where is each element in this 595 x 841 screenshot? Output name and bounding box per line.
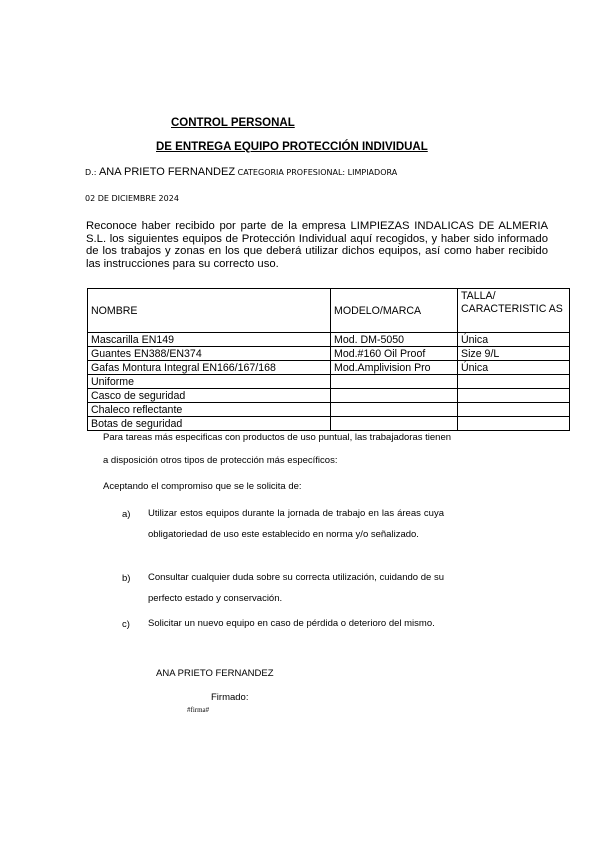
table-row: Botas de seguridad bbox=[88, 417, 570, 431]
cell-talla bbox=[458, 389, 570, 403]
cell-modelo: Mod. DM-5050 bbox=[331, 333, 458, 347]
document-date: 02 DE DICIEMBRE 2024 bbox=[85, 194, 179, 203]
employee-prefix: D.: bbox=[85, 168, 96, 177]
specific-protection-line2: a disposición otros tipos de protección … bbox=[103, 455, 337, 466]
cell-nombre: Uniforme bbox=[88, 375, 331, 389]
table-row: Casco de seguridad bbox=[88, 389, 570, 403]
commitment-a-letter: a) bbox=[122, 509, 130, 520]
cell-modelo bbox=[331, 375, 458, 389]
equipment-table: NOMBRE MODELO/MARCA TALLA/ CARACTERISTIC… bbox=[87, 288, 570, 431]
cell-talla: Única bbox=[458, 361, 570, 375]
commitment-b-letter: b) bbox=[122, 573, 130, 584]
table-row: Uniforme bbox=[88, 375, 570, 389]
specific-protection-line1: Para tareas más especificas con producto… bbox=[103, 432, 451, 443]
table-row: Chaleco reflectante bbox=[88, 403, 570, 417]
cell-modelo: Mod.#160 Oil Proof bbox=[331, 347, 458, 361]
category-value: LIMPIADORA bbox=[348, 168, 398, 177]
cell-nombre: Guantes EN388/EN374 bbox=[88, 347, 331, 361]
commitment-a-text: Utilizar estos equipos durante la jornad… bbox=[148, 504, 444, 545]
cell-nombre: Botas de seguridad bbox=[88, 417, 331, 431]
cell-modelo bbox=[331, 403, 458, 417]
cell-modelo bbox=[331, 389, 458, 403]
commitment-c-letter: c) bbox=[122, 619, 130, 630]
header-talla: TALLA/ CARACTERISTIC AS bbox=[458, 289, 570, 333]
cell-nombre: Chaleco reflectante bbox=[88, 403, 331, 417]
cell-talla bbox=[458, 417, 570, 431]
table-row: Mascarilla EN149 Mod. DM-5050 Única bbox=[88, 333, 570, 347]
document-title: CONTROL PERSONAL bbox=[171, 117, 295, 129]
cell-nombre: Casco de seguridad bbox=[88, 389, 331, 403]
signatory-name: ANA PRIETO FERNANDEZ bbox=[156, 668, 274, 679]
commitment-b-text: Consultar cualquier duda sobre su correc… bbox=[148, 568, 444, 609]
intro-paragraph: Reconoce haber recibido por parte de la … bbox=[86, 220, 548, 270]
cell-talla: Size 9/L bbox=[458, 347, 570, 361]
commitment-intro: Aceptando el compromiso que se le solici… bbox=[103, 481, 302, 492]
signature-placeholder: #firma# bbox=[187, 706, 209, 714]
header-nombre: NOMBRE bbox=[88, 289, 331, 333]
cell-modelo: Mod.Amplivision Pro bbox=[331, 361, 458, 375]
cell-nombre: Gafas Montura Integral EN166/167/168 bbox=[88, 361, 331, 375]
category-label: CATEGORIA PROFESIONAL: bbox=[238, 168, 346, 177]
table-row: Guantes EN388/EN374 Mod.#160 Oil Proof S… bbox=[88, 347, 570, 361]
header-modelo: MODELO/MARCA bbox=[331, 289, 458, 333]
cell-talla bbox=[458, 375, 570, 389]
table-header-row: NOMBRE MODELO/MARCA TALLA/ CARACTERISTIC… bbox=[88, 289, 570, 333]
cell-talla bbox=[458, 403, 570, 417]
employee-line: D.: ANA PRIETO FERNANDEZ CATEGORIA PROFE… bbox=[85, 166, 397, 178]
cell-talla: Única bbox=[458, 333, 570, 347]
cell-nombre: Mascarilla EN149 bbox=[88, 333, 331, 347]
employee-name: ANA PRIETO FERNANDEZ bbox=[99, 166, 235, 178]
document-subtitle: DE ENTREGA EQUIPO PROTECCIÓN INDIVIDUAL bbox=[156, 141, 428, 153]
cell-modelo bbox=[331, 417, 458, 431]
signed-label: Firmado: bbox=[211, 692, 248, 703]
commitment-c-text: Solicitar un nuevo equipo en caso de pér… bbox=[148, 614, 444, 635]
table-row: Gafas Montura Integral EN166/167/168 Mod… bbox=[88, 361, 570, 375]
